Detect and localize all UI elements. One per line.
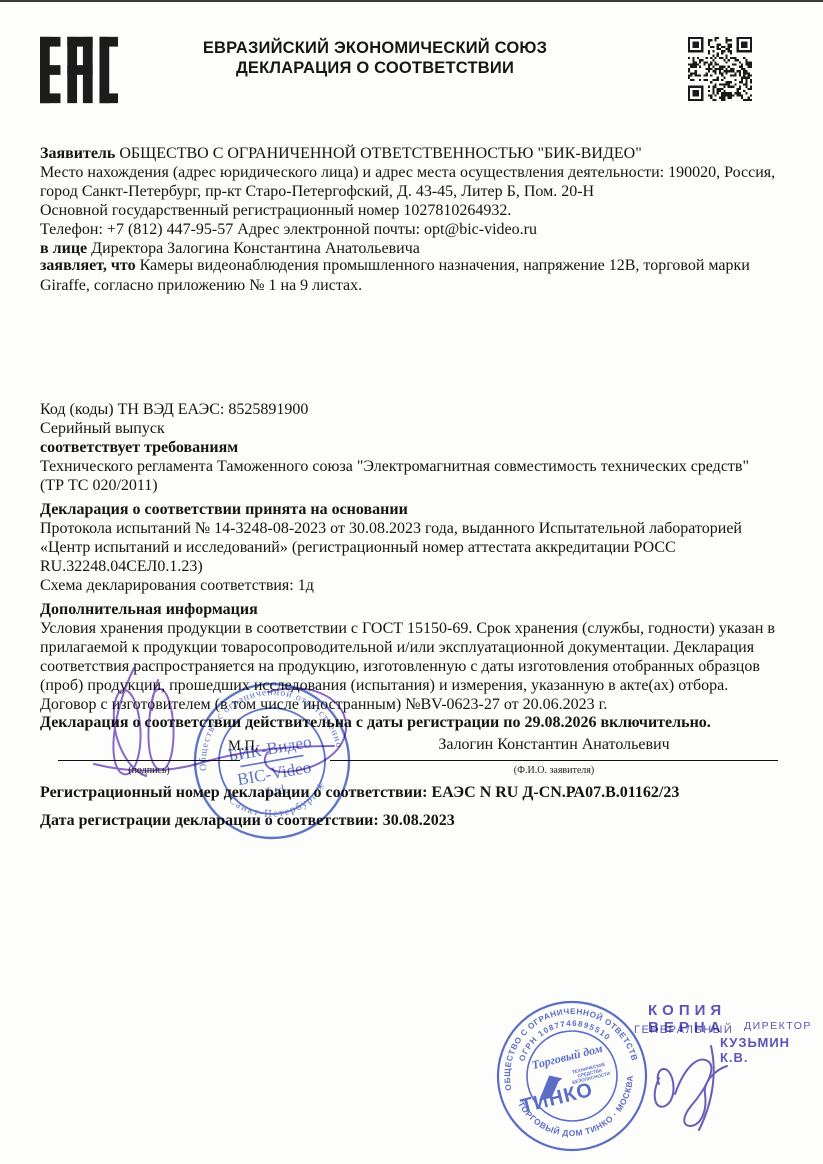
fio-caption: (Ф.И.О. заявителя) xyxy=(330,765,778,776)
additional-label: Дополнительная информация xyxy=(40,600,780,619)
applicant-contacts: Телефон: +7 (812) 447-95-57 Адрес электр… xyxy=(40,220,780,239)
applicant-line: Заявитель ОБЩЕСТВО С ОГРАНИЧЕННОЙ ОТВЕТС… xyxy=(40,144,780,163)
union-name: ЕВРАЗИЙСКИЙ ЭКОНОМИЧЕСКИЙ СОЮЗ xyxy=(150,38,600,58)
declares-line: заявляет, что Камеры видеонаблюдения про… xyxy=(40,256,780,296)
declaration-document: ЕВРАЗИЙСКИЙ ЭКОНОМИЧЕСКИЙ СОЮЗ ДЕКЛАРАЦИ… xyxy=(0,0,823,1164)
applicant-block: Заявитель ОБЩЕСТВО С ОГРАНИЧЕННОЙ ОТВЕТС… xyxy=(40,144,780,258)
declares-label: заявляет, что xyxy=(40,257,136,274)
registration-date: Дата регистрации декларации о соответств… xyxy=(40,812,780,830)
document-title: ЕВРАЗИЙСКИЙ ЭКОНОМИЧЕСКИЙ СОЮЗ ДЕКЛАРАЦИ… xyxy=(150,38,600,78)
tinko-stamp: ОБЩЕСТВО С ОГРАНИЧЕННОЙ ОТВЕТСТВЕННОСТЬЮ… xyxy=(494,998,650,1154)
tnved-code: Код (коды) ТН ВЭД ЕАЭС: 8525891900 xyxy=(40,400,780,419)
scheme-line: Схема декларирования соответствия: 1д xyxy=(40,576,780,595)
applicant-fio: Залогин Константин Анатольевич xyxy=(330,736,778,754)
bic-video-stamp: Общество с ограниченной ответственностью… xyxy=(191,680,353,842)
serial-issue: Серийный выпуск xyxy=(40,419,780,438)
bic-center-ltd: Ltd. xyxy=(265,781,289,799)
kuzmin-signature xyxy=(645,1038,745,1133)
person-label: в лице xyxy=(40,240,87,257)
declares-block: заявляет, что Камеры видеонаблюдения про… xyxy=(40,256,780,296)
applicant-ogrn: Основной государственный регистрационный… xyxy=(40,201,780,220)
applicant-label: Заявитель xyxy=(40,145,115,162)
conforms-label: соответствует требованиям xyxy=(40,438,780,457)
regulation-name: Технического регламента Таможенного союз… xyxy=(40,457,780,476)
regulation-number: (ТР ТС 020/2011) xyxy=(40,476,780,495)
basis-label: Декларация о соответствии принята на осн… xyxy=(40,500,780,519)
fio-line xyxy=(330,760,778,761)
document-type: ДЕКЛАРАЦИЯ О СООТВЕТСТВИИ xyxy=(150,58,600,78)
basis-text: Протокола испытаний № 14-3248-08-2023 от… xyxy=(40,519,780,576)
copy-role-general: ГЕНЕРАЛЬНЫЙ xyxy=(634,1024,733,1036)
scan-edge-line xyxy=(0,0,823,2)
copy-role-director: ДИРЕКТОР xyxy=(744,1020,812,1032)
eac-mark-icon xyxy=(40,36,118,109)
product-description: Камеры видеонаблюдения промышленного наз… xyxy=(40,257,750,294)
applicant-name: ОБЩЕСТВО С ОГРАНИЧЕННОЙ ОТВЕТСТВЕННОСТЬЮ… xyxy=(115,145,641,162)
person-name: Директора Залогина Константина Анатольев… xyxy=(87,240,420,257)
qr-code xyxy=(688,36,752,102)
applicant-address: Место нахождения (адрес юридического лиц… xyxy=(40,163,780,201)
